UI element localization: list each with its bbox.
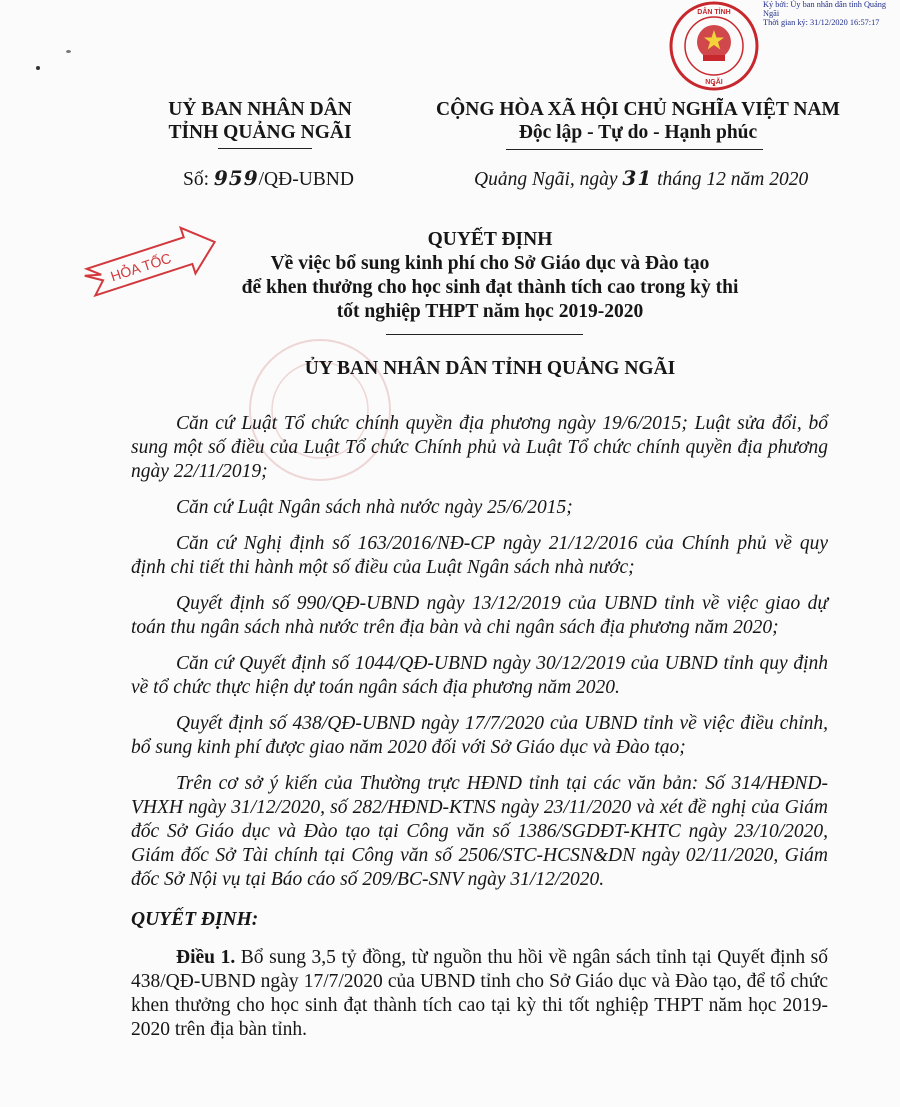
preamble-clause: Căn cứ Nghị định số 163/2016/NĐ-CP ngày … <box>131 532 828 580</box>
article-1: Điều 1. Bổ sung 3,5 tỷ đồng, từ nguồn th… <box>131 946 828 1042</box>
authority-line1: UỶ BAN NHÂN DÂN <box>160 98 360 121</box>
subject-line: tốt nghiệp THPT năm học 2019-2020 <box>240 300 740 324</box>
title-heading: QUYẾT ĐỊNH <box>240 228 740 252</box>
national-motto: CỘNG HÒA XÃ HỘI CHỦ NGHĨA VIỆT NAM Độc l… <box>418 98 858 144</box>
divider <box>506 149 763 150</box>
country-name: CỘNG HÒA XÃ HỘI CHỦ NGHĨA VIỆT NAM <box>418 98 858 121</box>
decision-title: QUYẾT ĐỊNH Về việc bổ sung kinh phí cho … <box>240 228 740 324</box>
number-prefix: Số: <box>183 169 214 190</box>
preamble-clause: Trên cơ sở ý kiến của Thường trực HĐND t… <box>131 772 828 892</box>
signed-time: Thời gian ký: 31/12/2020 16:57:17 <box>763 18 900 27</box>
issuing-authority: UỶ BAN NHÂN DÂN TỈNH QUẢNG NGÃI <box>160 98 360 144</box>
handwritten-day: 31 <box>622 166 652 190</box>
signed-by: Ký bởi: Ủy ban nhân dân tỉnh Quảng Ngãi <box>763 0 900 18</box>
digital-signature-info: Ký bởi: Ủy ban nhân dân tỉnh Quảng Ngãi … <box>763 0 900 27</box>
scan-speck <box>66 50 71 53</box>
decision-heading: QUYẾT ĐỊNH: <box>131 908 828 932</box>
svg-text:NGÃI: NGÃI <box>705 77 723 86</box>
preamble-clause: Căn cứ Quyết định số 1044/QĐ-UBND ngày 3… <box>131 652 828 700</box>
subject-line: Về việc bổ sung kinh phí cho Sở Giáo dục… <box>240 252 740 276</box>
preamble-clause: Quyết định số 990/QĐ-UBND ngày 13/12/201… <box>131 592 828 640</box>
preamble-clause: Căn cứ Luật Ngân sách nhà nước ngày 25/6… <box>131 496 828 520</box>
divider <box>218 148 312 149</box>
handwritten-number: 959 <box>214 166 259 190</box>
preamble-clause: Căn cứ Luật Tổ chức chính quyền địa phươ… <box>131 412 828 484</box>
authority-line2: TỈNH QUẢNG NGÃI <box>160 121 360 144</box>
document-body: Căn cứ Luật Tổ chức chính quyền địa phươ… <box>131 412 828 1054</box>
number-suffix: /QĐ-UBND <box>259 169 354 190</box>
scan-speck <box>36 66 40 70</box>
preamble-clause: Quyết định số 438/QĐ-UBND ngày 17/7/2020… <box>131 712 828 760</box>
urgent-stamp-icon: HỎA TỐC <box>78 225 223 300</box>
authority-heading: ỦY BAN NHÂN DÂN TỈNH QUẢNG NGÃI <box>240 358 740 380</box>
date-suffix: tháng 12 năm 2020 <box>652 169 808 190</box>
urgent-stamp-label: HỎA TỐC <box>108 249 173 285</box>
issue-date: Quảng Ngãi, ngày 31 tháng 12 năm 2020 <box>474 166 808 191</box>
date-prefix: Quảng Ngãi, ngày <box>474 169 622 190</box>
motto: Độc lập - Tự do - Hạnh phúc <box>418 121 858 144</box>
svg-text:DÂN TỈNH: DÂN TỈNH <box>697 7 730 16</box>
subject-line: để khen thưởng cho học sinh đạt thành tí… <box>240 276 740 300</box>
divider <box>386 334 583 335</box>
article-text: Bổ sung 3,5 tỷ đồng, từ nguồn thu hồi về… <box>131 947 828 1040</box>
document-number: Số: 959/QĐ-UBND <box>183 166 354 191</box>
provincial-seal-icon: DÂN TỈNH NGÃI <box>668 0 760 92</box>
article-label: Điều 1. <box>176 947 235 968</box>
